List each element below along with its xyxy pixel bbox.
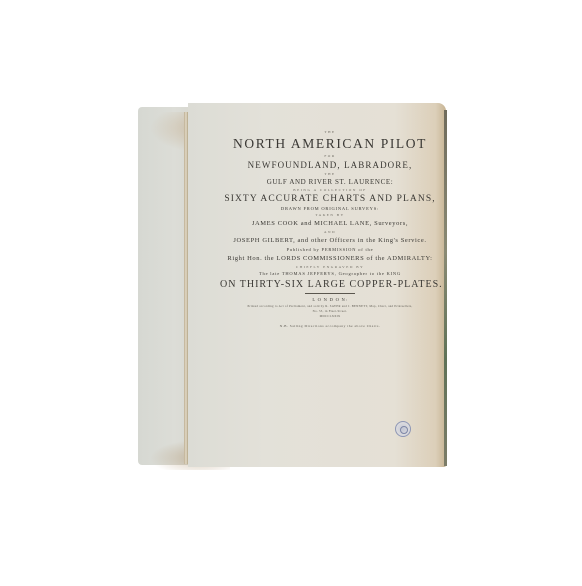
- being-collection: BEING A COLLECTION OF: [220, 188, 440, 192]
- page-edge: [444, 110, 447, 466]
- sixty-charts: SIXTY ACCURATE CHARTS AND PLANS,: [220, 194, 440, 204]
- place-gulf: GULF AND RIVER ST. LAURENCE:: [220, 178, 440, 186]
- stamp-inner-ring: [400, 426, 408, 434]
- library-stamp-icon: [395, 421, 411, 437]
- drawn-surveys: DRAWN FROM ORIGINAL SURVEYS:: [220, 206, 440, 211]
- london-line: L O N D O N:: [220, 297, 440, 302]
- place-newfoundland: NEWFOUNDLAND, LABRADORE,: [220, 160, 440, 170]
- gilbert-line: JOSEPH GILBERT, and other Officers in th…: [220, 237, 440, 244]
- word-the-2: THE: [220, 172, 440, 176]
- divider-rule: [305, 293, 355, 294]
- title-page-text: THE NORTH AMERICAN PILOT FOR NEWFOUNDLAN…: [220, 128, 440, 328]
- nb-note: N.B. Sailing Directions accompany the ab…: [220, 324, 440, 328]
- word-for: FOR: [220, 154, 440, 158]
- taken-by: TAKEN BY: [220, 213, 440, 217]
- word-the: THE: [220, 130, 440, 134]
- published-line: Published by PERMISSION of the: [220, 247, 440, 252]
- engraved-line: CHIEFLY ENGRAVED BY: [220, 265, 440, 269]
- surveyors-line: JAMES COOK and MICHAEL LANE, Surveyors,: [220, 220, 440, 227]
- word-and: AND: [220, 230, 440, 234]
- jefferys-line: The late THOMAS JEFFERYS, Geographer to …: [220, 271, 440, 276]
- book-photo: THE NORTH AMERICAN PILOT FOR NEWFOUNDLAN…: [0, 0, 582, 586]
- imprint-line-1: Printed according to Act of Parliament, …: [220, 304, 440, 308]
- imprint-year: MDCCLXXIX: [220, 314, 440, 318]
- imprint-line-2: No. 53, in Fleet-Street.: [220, 309, 440, 313]
- copper-plates-line: ON THIRTY-SIX LARGE COPPER-PLATES.: [220, 279, 440, 290]
- main-title: NORTH AMERICAN PILOT: [220, 136, 440, 152]
- admiralty-line: Right Hon. the LORDS COMMISSIONERS of th…: [220, 255, 440, 262]
